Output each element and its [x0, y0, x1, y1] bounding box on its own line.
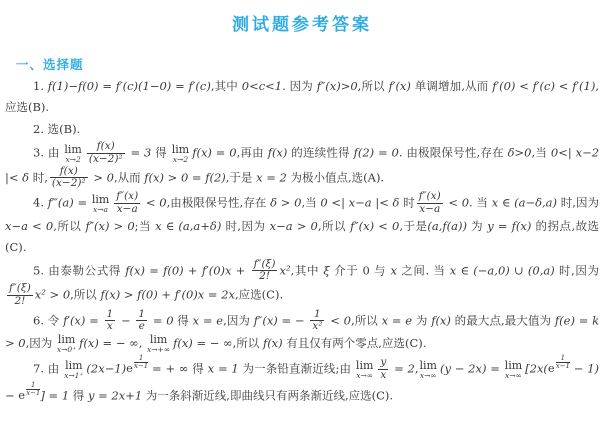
- text-run: ,从而: [114, 170, 144, 184]
- fraction: 1x: [105, 309, 116, 334]
- text-run: ,所以: [53, 219, 85, 233]
- math-run: f(x) = − ∞: [173, 336, 233, 350]
- text-run: ,所以: [70, 287, 100, 301]
- math-run: [2x(: [525, 361, 548, 375]
- answer-item-5: 5. 由泰勒公式得 f(x) = f(0) + f′(0)x + f″(ξ)2!…: [5, 259, 599, 308]
- limit-operator: limx→∞: [356, 360, 373, 380]
- text-run: 的连续性得: [287, 145, 353, 159]
- limit-label: lim: [420, 360, 437, 371]
- exp-expression: e1x−1: [18, 388, 40, 402]
- math-run: f(x) = − ∞: [79, 336, 139, 350]
- text-run: ,再由: [237, 145, 268, 159]
- exp-fraction-denominator: x−1: [134, 363, 148, 370]
- fraction-numerator: f(x): [87, 141, 125, 154]
- limit-operator: limx→∞: [505, 360, 522, 380]
- math-run: = 0: [149, 313, 173, 327]
- text-run: . 因为: [282, 79, 317, 93]
- text-run: 为极小值点,选(A).: [287, 170, 384, 184]
- text-run: 时,因为: [557, 195, 599, 209]
- text-run: 单调增加,从而: [411, 79, 492, 93]
- text-run: ,其中: [211, 79, 242, 93]
- fraction-numerator: f″(x): [114, 191, 140, 204]
- math-run: 0<c<1: [242, 79, 282, 93]
- fraction-denominator: 2!: [7, 296, 33, 308]
- fraction: 1x²: [310, 309, 324, 334]
- fraction: f″(ξ)2!: [7, 283, 33, 308]
- text-run: 之间. 当: [397, 263, 450, 277]
- math-run: 0 <| x−a |< δ: [320, 195, 399, 209]
- text-run: ,于是: [226, 170, 256, 184]
- exp-fraction: 1x−1: [556, 355, 570, 371]
- text-run: ,所以: [318, 219, 350, 233]
- text-run: ;当: [135, 219, 155, 233]
- math-run: x = 1: [208, 361, 239, 375]
- text-run: ,当: [301, 195, 320, 209]
- text-run: 5. 由泰勒公式得: [33, 263, 125, 277]
- text-run: ,应选(C).: [235, 287, 283, 301]
- math-run: x−a < 0: [5, 219, 53, 233]
- text-run: 有且仅有两个零点,应选(C).: [283, 336, 427, 350]
- math-run: f′(x) =: [63, 313, 102, 327]
- text-run: ,当: [532, 145, 551, 159]
- math-run: f‴(a) =: [48, 195, 91, 209]
- math-run: < 0.: [445, 195, 473, 209]
- limit-subscript: x→∞: [420, 372, 437, 380]
- math-run: x² > 0: [35, 287, 70, 301]
- limit-operator: limx→2: [64, 144, 81, 164]
- fraction-numerator: f″(ξ): [7, 283, 33, 296]
- answer-item-4: 4. f‴(a) = limx→af″(x)x−a < 0,由极限保号性,存在 …: [5, 191, 599, 258]
- text-run: 得: [174, 313, 193, 327]
- math-run: (2x−1): [86, 361, 126, 375]
- limit-operator: limx→0⁺: [57, 334, 76, 354]
- text-run: 为一条铅直渐近线;由: [239, 361, 355, 375]
- exp-fraction-denominator: x−1: [556, 363, 570, 370]
- limit-label: lim: [172, 144, 189, 155]
- math-run: δ>0: [508, 145, 532, 159]
- limit-subscript: x→∞: [505, 372, 522, 380]
- math-run: f(1)−f(0) = f′(c)(1−0) = f′(c): [48, 79, 211, 93]
- limit-subscript: x→2: [172, 156, 189, 164]
- math-run: f(x): [431, 313, 451, 327]
- math-run: δ > 0: [270, 195, 301, 209]
- math-run: (a,f(a)): [427, 219, 467, 233]
- limit-label: lim: [505, 360, 522, 371]
- text-run: ,其中: [291, 263, 324, 277]
- limit-label: lim: [64, 360, 83, 371]
- math-run: x ∈ (−a,0) ∪ (0,a): [450, 263, 555, 277]
- math-run: f″(x) = −: [254, 313, 309, 327]
- math-run: f(x) > f(0) + f′(0)x = 2x: [100, 287, 235, 301]
- limit-label: lim: [92, 194, 109, 205]
- text-run: 6. 令: [33, 313, 63, 327]
- math-run: x = 2: [256, 170, 287, 184]
- limit-label: lim: [57, 334, 76, 345]
- text-run: 时,: [29, 170, 48, 184]
- fraction-denominator: x: [378, 370, 388, 382]
- math-run: f(2) = 0: [354, 145, 399, 159]
- limit-subscript: x→+∞: [147, 346, 170, 354]
- math-run: f(x): [268, 145, 288, 159]
- text-run: 时,因为: [555, 263, 599, 277]
- section-heading: 一、选择题: [16, 55, 604, 73]
- text-run: ,由极限保号性,存在: [167, 195, 271, 209]
- limit-subscript: x→a: [92, 206, 109, 214]
- answer-item-3: 3. 由 limx→2f(x)(x−2)² = 3 得 limx→2f(x) =…: [5, 141, 599, 190]
- text-run: ,: [415, 361, 419, 375]
- text-run: 时: [399, 195, 414, 209]
- math-run: (y − 2x) =: [440, 361, 504, 375]
- fraction-denominator: x−a: [417, 204, 443, 216]
- text-run: 为一条斜渐近线,即曲线只有两条渐近线,应选(C).: [142, 388, 393, 402]
- text-run: ,因为: [26, 336, 56, 350]
- answer-item-7: 7. 由 limx→1⁺(2x−1)e1x−1 = + ∞ 得 x = 1 为一…: [5, 355, 599, 406]
- text-run: 得: [69, 388, 88, 402]
- limit-subscript: x→2: [64, 156, 81, 164]
- math-run: = 2: [390, 361, 415, 375]
- math-run: = + ∞: [148, 361, 188, 375]
- limit-label: lim: [64, 144, 81, 155]
- math-run: > 0: [90, 170, 114, 184]
- text-run: 当: [473, 195, 492, 209]
- exp-fraction-denominator: x−1: [26, 390, 40, 397]
- limit-subscript: x→0⁺: [57, 346, 76, 354]
- text-run: 的最大点,最大值为: [451, 313, 555, 327]
- fraction: 1e: [136, 309, 147, 334]
- fraction: f(x)(x−2)²: [87, 141, 125, 166]
- limit-label: lim: [356, 360, 373, 371]
- math-run: f(x) = 0: [192, 145, 236, 159]
- answer-item-6: 6. 令 f′(x) = 1x − 1e = 0 得 x = e,因为 f″(x…: [5, 309, 599, 355]
- limit-operator: limx→+∞: [147, 334, 170, 354]
- text-run: 得: [188, 361, 207, 375]
- fraction-denominator: (x−2)²: [50, 178, 88, 190]
- fraction: f″(x)x−a: [417, 191, 443, 216]
- fraction: yx: [378, 357, 388, 382]
- fraction-denominator: x: [105, 321, 116, 333]
- answer-item-1: 1. f(1)−f(0) = f′(c)(1−0) = f′(c),其中 0<c…: [5, 76, 599, 118]
- math-run: f″(x)>0: [317, 79, 358, 93]
- limit-operator: limx→2: [172, 144, 189, 164]
- fraction: f″(ξ)2!: [252, 259, 278, 284]
- limit-operator: limx→a: [92, 194, 109, 214]
- fraction-denominator: x²: [310, 321, 324, 333]
- math-run: x ∈ (a,a+δ): [155, 219, 221, 233]
- text-run: 时,因为: [221, 219, 269, 233]
- math-run: f′(0) < f′(c) < f′(1): [492, 79, 595, 93]
- answers-list: 1. f(1)−f(0) = f′(c)(1−0) = f′(c),其中 0<c…: [0, 76, 604, 406]
- text-run: . 由极限保号性,存在: [399, 145, 508, 159]
- limit-subscript: x→∞: [356, 372, 373, 380]
- fraction: f″(x)x−a: [114, 191, 140, 216]
- math-run: x−a > 0: [270, 219, 318, 233]
- text-run: 1.: [33, 79, 48, 93]
- math-run: < 0: [142, 195, 166, 209]
- fraction-numerator: f″(x): [417, 191, 443, 204]
- math-run: < 0: [326, 313, 350, 327]
- exp-fraction: 1x−1: [134, 355, 148, 371]
- fraction-numerator: y: [378, 357, 388, 370]
- limit-label: lim: [147, 334, 170, 345]
- text-run: 介于 0 与: [330, 263, 391, 277]
- math-run: x = e: [193, 313, 223, 327]
- text-run: ,所以: [358, 79, 389, 93]
- text-run: ,: [139, 336, 146, 350]
- fraction-denominator: 2!: [252, 271, 278, 283]
- text-run: 为: [412, 313, 431, 327]
- limit-operator: limx→∞: [420, 360, 437, 380]
- math-run: −: [117, 313, 134, 327]
- math-run: x²: [279, 263, 290, 277]
- text-run: ,所以: [351, 313, 382, 327]
- math-run: f′(x): [389, 79, 411, 93]
- text-run: 2. 选(B).: [33, 122, 80, 136]
- fraction-denominator: (x−2)²: [87, 154, 125, 166]
- math-run: f(x) > 0 = f(2): [144, 170, 225, 184]
- math-run: y = 2x+1: [88, 388, 142, 402]
- math-run: f″(x) > 0: [85, 219, 134, 233]
- answer-item-2: 2. 选(B).: [5, 119, 599, 140]
- math-run: f(x) = f(0) + f′(0)x +: [125, 263, 249, 277]
- text-run: 得: [151, 145, 170, 159]
- math-run: f(x): [263, 336, 283, 350]
- math-run: ] = 1: [40, 388, 69, 402]
- math-run: x = e: [382, 313, 412, 327]
- text-run: 为: [467, 219, 487, 233]
- math-run: y = f(x): [487, 219, 531, 233]
- text-run: 4.: [33, 195, 48, 209]
- text-run: ,所以: [233, 336, 263, 350]
- document-page: 测试题参考答案 一、选择题 1. f(1)−f(0) = f′(c)(1−0) …: [0, 0, 604, 424]
- limit-operator: limx→1⁺: [64, 360, 83, 380]
- math-run: f″(x) < 0: [350, 219, 399, 233]
- limit-subscript: x→1⁺: [64, 372, 83, 380]
- exp-base: e: [126, 361, 133, 375]
- text-run: ,因为: [223, 313, 254, 327]
- fraction-denominator: x−a: [114, 204, 140, 216]
- math-run: = 3: [127, 145, 152, 159]
- fraction-denominator: e: [136, 321, 147, 333]
- exp-expression: e1x−1: [126, 361, 148, 375]
- text-run: ,于是: [399, 219, 427, 233]
- math-run: x ∈ (a−δ,a): [492, 195, 557, 209]
- exp-expression: e1x−1: [548, 361, 570, 375]
- exp-base: e: [548, 361, 555, 375]
- page-title: 测试题参考答案: [0, 0, 604, 35]
- exp-base: e: [18, 388, 25, 402]
- fraction: f(x)(x−2)²: [50, 166, 88, 191]
- text-run: 7. 由: [33, 361, 63, 375]
- exp-fraction: 1x−1: [26, 382, 40, 398]
- text-run: 3. 由: [33, 145, 63, 159]
